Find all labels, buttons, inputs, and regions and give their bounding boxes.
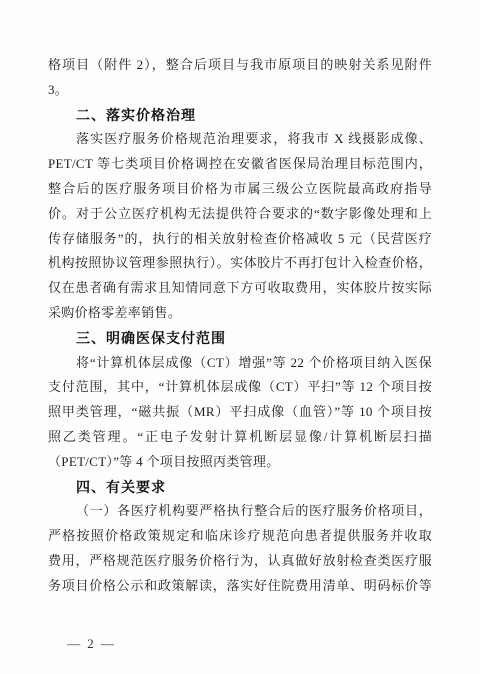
doc-line: 价。对于公立医疗机构无法提供符合要求的“数字影像处理和上 — [48, 202, 432, 227]
doc-line: 仅在患者确有需求且知情同意下方可收取费用，实体胶片按实际 — [48, 276, 432, 301]
doc-line: 机构按照协议管理参照执行）。实体胶片不再打包计入检查价格， — [48, 251, 432, 276]
doc-line: 格项目（附件 2），整合后项目与我市原项目的映射关系见附件 — [48, 53, 432, 78]
section-heading: 三、明确医保支付范围 — [48, 326, 432, 351]
doc-line: （一）各医疗机构要严格执行整合后的医疗服务价格项目， — [48, 499, 432, 524]
doc-line: 3。 — [48, 78, 432, 103]
doc-line: PET/CT 等七类项目价格调控在安徽省医保局治理目标范围内， — [48, 152, 432, 177]
doc-line: 支付范围，其中，“计算机体层成像（CT）平扫”等 12 个项目按 — [48, 375, 432, 400]
doc-line: 照乙类管理。“正电子发射计算机断层显像/计算机断层扫描 — [48, 425, 432, 450]
document-page: 格项目（附件 2），整合后项目与我市原项目的映射关系见附件3。二、落实价格治理落… — [0, 0, 480, 674]
doc-line: 将“计算机体层成像（CT）增强”等 22 个价格项目纳入医保 — [48, 351, 432, 376]
section-heading: 四、有关要求 — [48, 475, 432, 500]
doc-line: 照甲类管理，“磁共振（MR）平扫成像（血管）”等 10 个项目按 — [48, 400, 432, 425]
doc-line: 采购价格零差率销售。 — [48, 301, 432, 326]
doc-line: 务项目价格公示和政策解读，落实好住院费用清单、明码标价等 — [48, 574, 432, 599]
doc-line: 落实医疗服务价格规范治理要求，将我市 X 线摄影成像、 — [48, 127, 432, 152]
doc-line: 整合后的医疗服务项目价格为市属三级公立医院最高政府指导 — [48, 177, 432, 202]
doc-line: 严格按照价格政策规定和临床诊疗规范向患者提供服务并收取 — [48, 524, 432, 549]
section-heading: 二、落实价格治理 — [48, 103, 432, 128]
page-number: — 2 — — [67, 636, 116, 652]
doc-line: 费用，严格规范医疗服务价格行为，认真做好放射检查类医疗服 — [48, 549, 432, 574]
doc-line: 传存储服务”的，执行的相关放射检查价格减收 5 元（民营医疗 — [48, 227, 432, 252]
doc-line: （PET/CT）”等 4 个项目按照丙类管理。 — [48, 450, 432, 475]
document-body: 格项目（附件 2），整合后项目与我市原项目的映射关系见附件3。二、落实价格治理落… — [48, 53, 432, 599]
